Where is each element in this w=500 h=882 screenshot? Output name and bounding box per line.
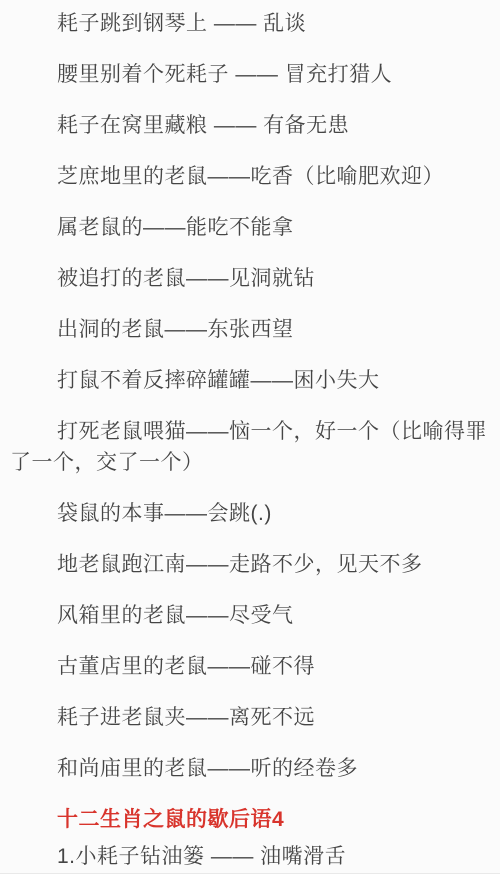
xiehouyu-item: 古董店里的老鼠——碰不得: [10, 651, 488, 682]
bottom-divider: [0, 873, 500, 882]
xiehouyu-item: 风箱里的老鼠——尽受气: [10, 600, 488, 631]
xiehouyu-item: 打鼠不着反摔碎罐罐——困小失大: [10, 365, 488, 396]
document-page: 耗子跳到钢琴上 —— 乱谈腰里别着个死耗子 —— 冒充打猎人耗子在窝里藏粮 ——…: [0, 0, 500, 882]
xiehouyu-item: 耗子进老鼠夹——离死不远: [10, 702, 488, 733]
xiehouyu-item: 属老鼠的——能吃不能拿: [10, 212, 488, 243]
xiehouyu-item: 出洞的老鼠——东张西望: [10, 314, 488, 345]
xiehouyu-item: 腰里别着个死耗子 —— 冒充打猎人: [10, 59, 488, 90]
xiehouyu-item: 芝庶地里的老鼠——吃香（比喻肥欢迎）: [10, 161, 488, 192]
xiehouyu-item: 打死老鼠喂猫——恼一个，好一个（比喻得罪了一个，交了一个）: [10, 416, 488, 478]
section-heading: 十二生肖之鼠的歇后语4: [10, 804, 488, 835]
xiehouyu-item: 1.小耗子钻油篓 —— 油嘴滑舌: [10, 841, 488, 872]
xiehouyu-item: 耗子在窝里藏粮 —— 有备无患: [10, 110, 488, 141]
xiehouyu-item: 被追打的老鼠——见洞就钻: [10, 263, 488, 294]
xiehouyu-item: 地老鼠跑江南——走路不少，见天不多: [10, 549, 488, 580]
xiehouyu-item: 耗子跳到钢琴上 —— 乱谈: [10, 8, 488, 39]
xiehouyu-item: 和尚庙里的老鼠——听的经卷多: [10, 753, 488, 784]
saying-list: 耗子跳到钢琴上 —— 乱谈腰里别着个死耗子 —— 冒充打猎人耗子在窝里藏粮 ——…: [0, 0, 500, 872]
xiehouyu-item: 袋鼠的本事——会跳(.): [10, 498, 488, 529]
